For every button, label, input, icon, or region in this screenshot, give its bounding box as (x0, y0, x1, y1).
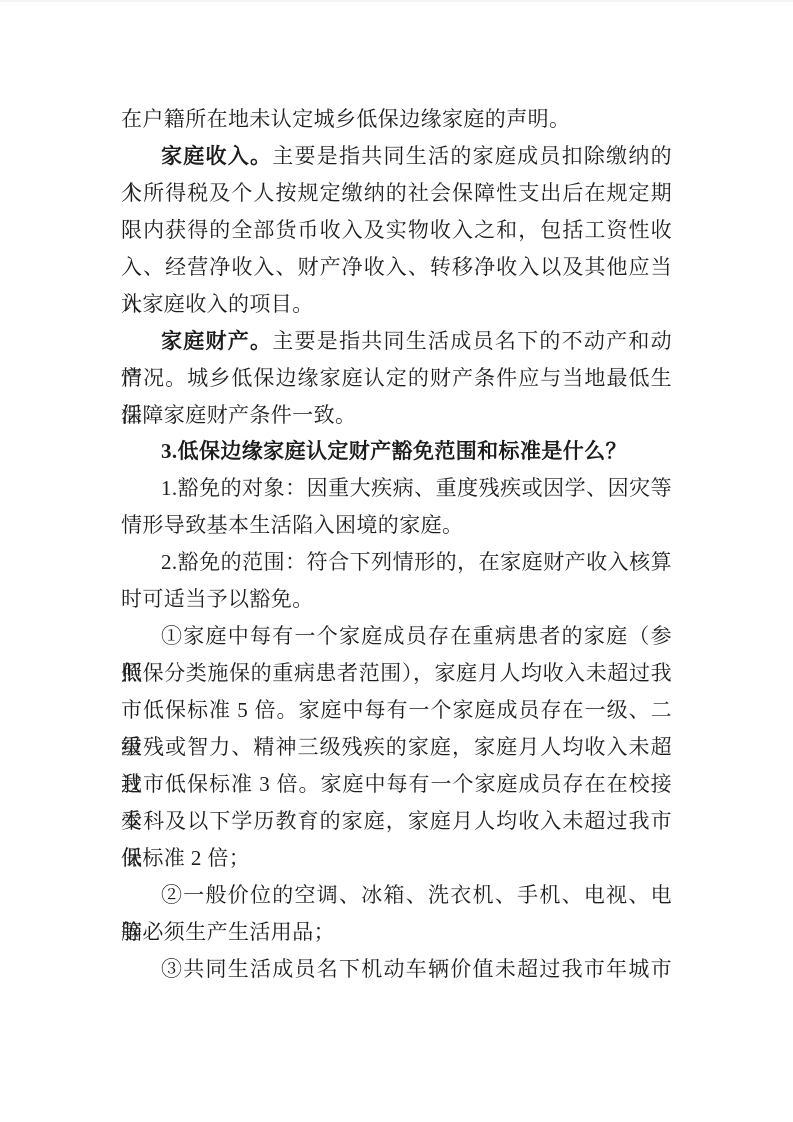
text-run: ③共同生活成员名下机动车辆价值未超过我市年城市 (161, 957, 672, 981)
text-run: 1.豁免的对象：因重大疾病、重度残疾或因学、因灾等 (161, 476, 672, 500)
text-line: 我市低保标准 3 倍。家庭中每有一个家庭成员存在在校接受 (121, 766, 672, 803)
bold-text-run: 家庭财产。 (161, 329, 272, 353)
text-line: 本科及以下学历教育的家庭，家庭月人均收入未超过我市低 (121, 803, 672, 840)
text-run: 人所得税及个人按规定缴纳的社会保障性支出后在规定期 (121, 181, 672, 205)
text-run: 入家庭收入的项目。 (121, 292, 314, 316)
text-run: 保标准 2 倍； (121, 846, 250, 870)
text-run: 限内获得的全部货币收入及实物收入之和，包括工资性收 (121, 218, 672, 242)
text-line: 情况。城乡低保边缘家庭认定的财产条件应与当地最低生活 (121, 360, 672, 397)
text-line: ②一般价位的空调、冰箱、洗衣机、手机、电视、电脑 (121, 877, 672, 914)
text-line: ①家庭中每有一个家庭成员存在重病患者的家庭（参照 (121, 618, 672, 655)
document-content: 在户籍所在地未认定城乡低保边缘家庭的声明。家庭收入。主要是指共同生活的家庭成员扣… (121, 101, 672, 988)
text-line: 限内获得的全部货币收入及实物收入之和，包括工资性收 (121, 212, 672, 249)
text-run: 等必须生产生活用品； (121, 920, 335, 944)
text-line: 保障家庭财产条件一致。 (121, 397, 672, 434)
text-line: 市低保标准 5 倍。家庭中每有一个家庭成员存在一级、二级 (121, 692, 672, 729)
text-run: 2.豁免的范围：符合下列情形的，在家庭财产收入核算 (161, 550, 672, 574)
bold-text-run: 3.低保边缘家庭认定财产豁免范围和标准是什么？ (161, 439, 627, 463)
text-line: 时可适当予以豁免。 (121, 581, 672, 618)
text-line: 在户籍所在地未认定城乡低保边缘家庭的声明。 (121, 101, 672, 138)
page-top-edge (0, 0, 793, 2)
bold-text-run: 家庭收入。 (161, 144, 272, 168)
text-line: 入家庭收入的项目。 (121, 286, 672, 323)
text-run: 在户籍所在地未认定城乡低保边缘家庭的声明。 (121, 107, 570, 131)
text-line: 2.豁免的范围：符合下列情形的，在家庭财产收入核算 (121, 544, 672, 581)
text-line: 保标准 2 倍； (121, 840, 672, 877)
text-line: 家庭收入。主要是指共同生活的家庭成员扣除缴纳的个 (121, 138, 672, 175)
text-line: 1.豁免的对象：因重大疾病、重度残疾或因学、因灾等 (121, 470, 672, 507)
text-line: 等必须生产生活用品； (121, 914, 672, 951)
text-line: 入、经营净收入、财产净收入、转移净收入以及其他应当计 (121, 249, 672, 286)
text-line: 情形导致基本生活陷入困境的家庭。 (121, 507, 672, 544)
text-line: 人所得税及个人按规定缴纳的社会保障性支出后在规定期 (121, 175, 672, 212)
text-line: 家庭财产。主要是指共同生活成员名下的不动产和动产 (121, 323, 672, 360)
text-line: 3.低保边缘家庭认定财产豁免范围和标准是什么？ (121, 433, 672, 470)
text-line: ③共同生活成员名下机动车辆价值未超过我市年城市 (121, 951, 672, 988)
text-run: 低保分类施保的重病患者范围），家庭月人均收入未超过我 (121, 661, 672, 685)
text-run: 时可适当予以豁免。 (121, 587, 314, 611)
text-run: 情形导致基本生活陷入困境的家庭。 (121, 513, 463, 537)
text-run: 保障家庭财产条件一致。 (121, 403, 356, 427)
document-page: 在户籍所在地未认定城乡低保边缘家庭的声明。家庭收入。主要是指共同生活的家庭成员扣… (0, 0, 793, 1122)
text-line: 重残或智力、精神三级残疾的家庭，家庭月人均收入未超过 (121, 729, 672, 766)
text-line: 低保分类施保的重病患者范围），家庭月人均收入未超过我 (121, 655, 672, 692)
